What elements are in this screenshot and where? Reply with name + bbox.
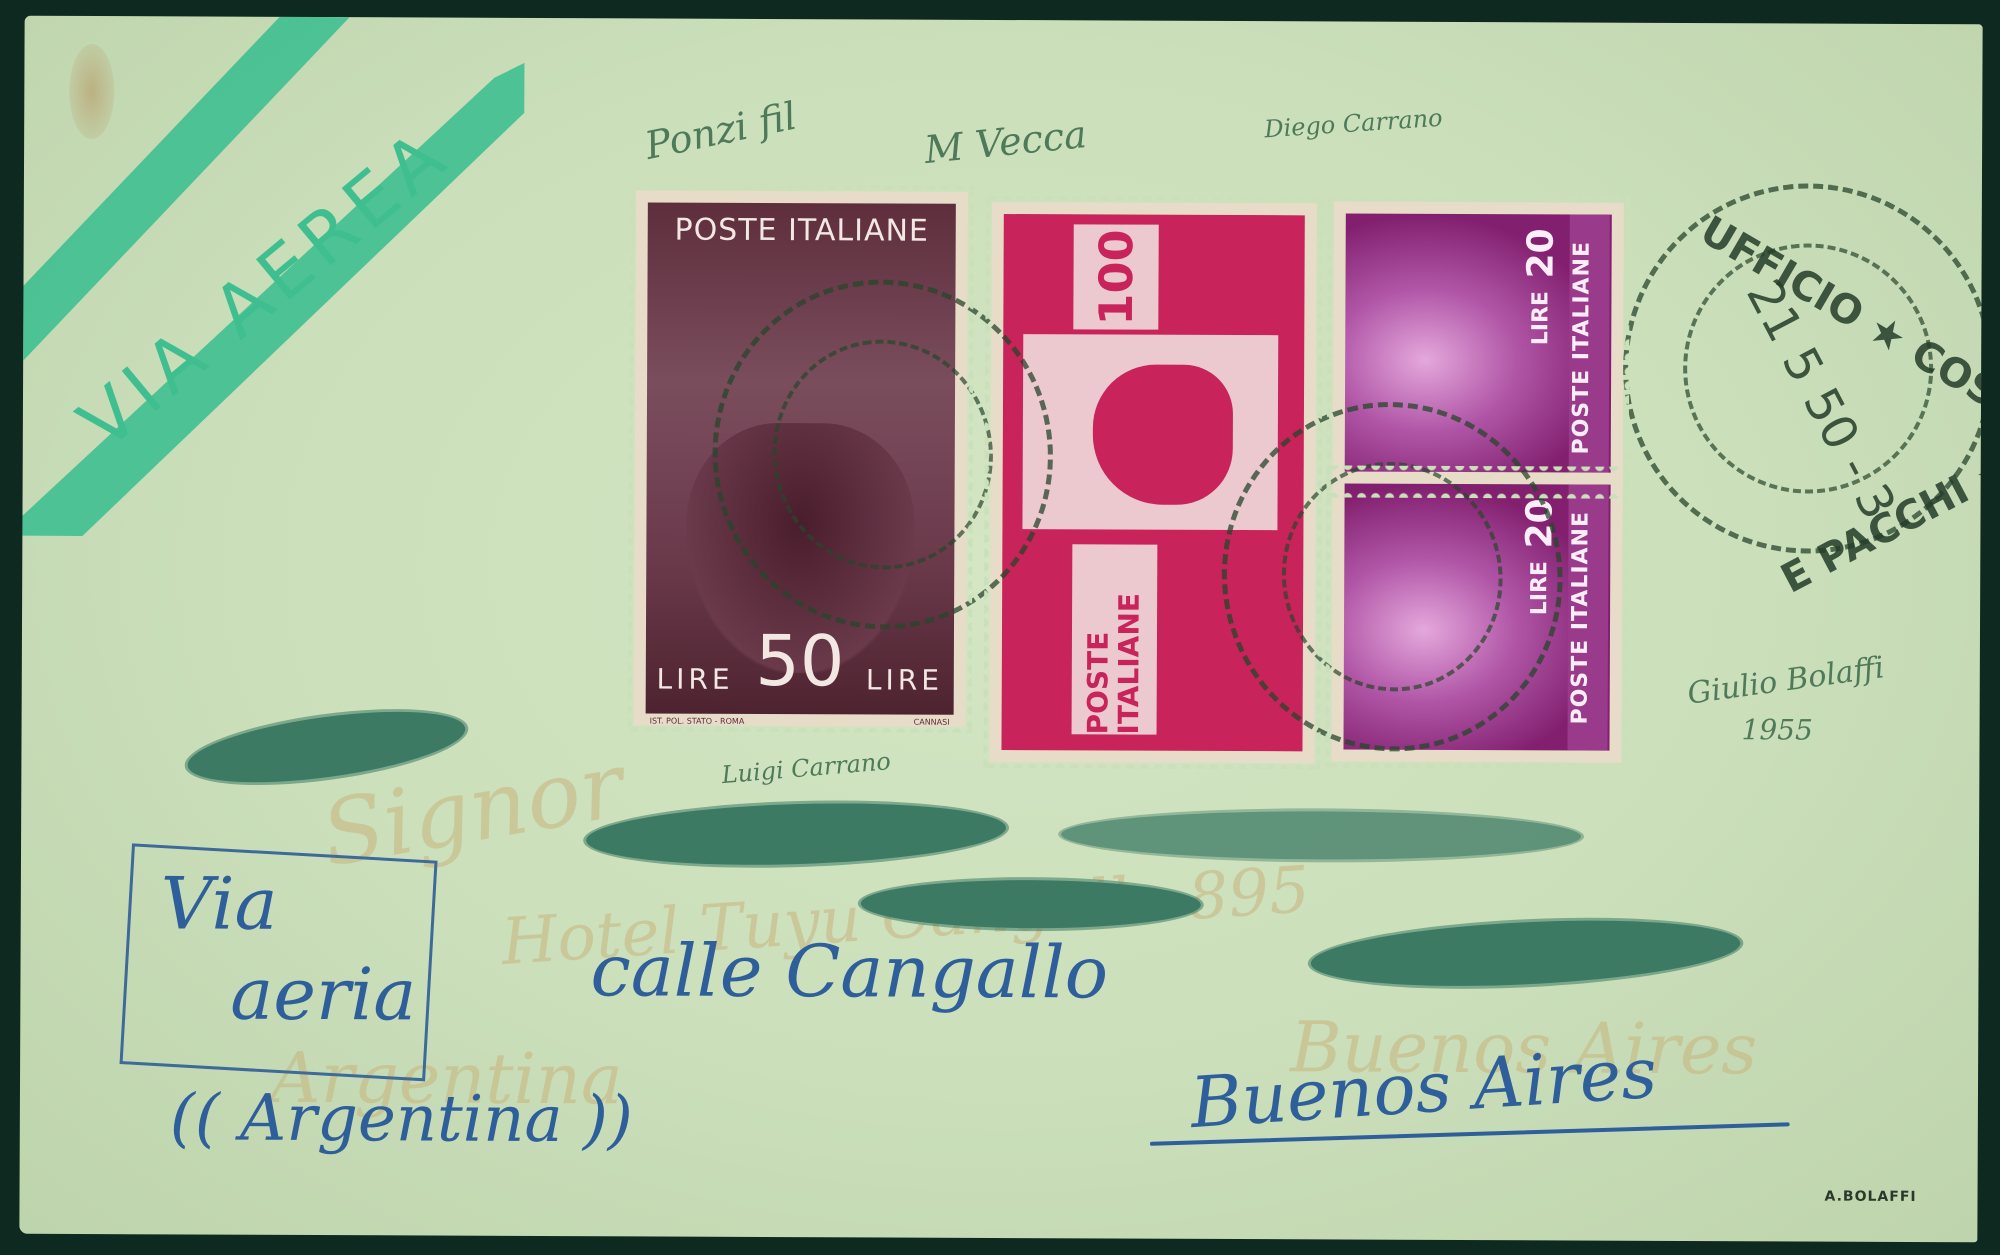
envelope: VIA AEREA Ponzi fil M Vecca Diego Carran… (19, 16, 1982, 1243)
address-city: Buenos Aires (1188, 1032, 1659, 1144)
postmark-cosenza: UFFICIO ★ COSENZA E PACCHI ★ 21 5 50 - 3 (1600, 160, 1983, 577)
address-street: calle Cangallo (590, 928, 1108, 1014)
signature-right: Giulio Bolaffi (1685, 650, 1886, 711)
stamp-value: 50 (755, 626, 844, 696)
address-country: (( Argentina )) (170, 1081, 633, 1157)
stamp-imprint: IST. POL. STATO - ROMA (650, 716, 745, 725)
signature-year: 1955 (1741, 713, 1812, 746)
signature-below-stamps: Luigi Carrano (721, 747, 892, 789)
airmail-label: VIA AEREA (63, 110, 466, 465)
stamp-currency: LIRE (866, 663, 943, 696)
stamp-country: POSTE ITALIANE (1569, 214, 1610, 480)
signature-top-left: Ponzi fil (641, 94, 800, 168)
stamp-currency: LIRE (1528, 291, 1553, 345)
stamp-country: POSTE ITALIANE (1567, 484, 1608, 750)
stamp-value: 100 (1089, 229, 1143, 325)
ink-scribble (1061, 810, 1581, 860)
handwritten-aeria: aeria (230, 952, 416, 1037)
stamp-country: POSTE ITALIANE (1083, 544, 1145, 734)
signature-top-right: Diego Carrano (1263, 104, 1443, 144)
ink-scribble (1309, 912, 1741, 995)
handwritten-via: Via (161, 861, 278, 946)
signature-top-middle: M Vecca (922, 112, 1088, 172)
expert-mark: A.BOLAFFI (1824, 1189, 1916, 1205)
stamp-country: POSTE ITALIANE (648, 212, 956, 248)
ink-scribble (585, 798, 1007, 871)
stain (69, 44, 114, 139)
stamp-currency: LIRE (657, 662, 734, 695)
stamp-designer: CANNASI (914, 718, 950, 727)
stamp-value: 20 (1521, 228, 1562, 278)
